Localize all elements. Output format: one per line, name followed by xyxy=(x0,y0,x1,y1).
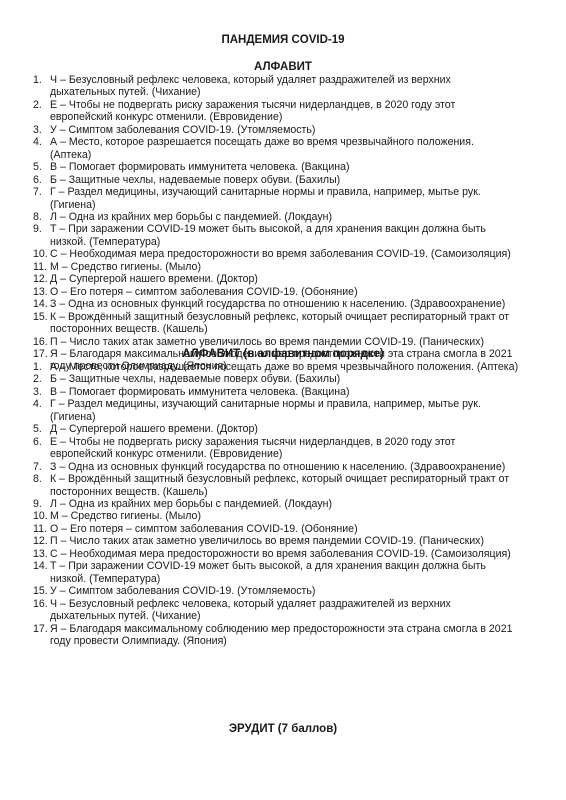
item-text-line: низкой. (Температура) xyxy=(50,236,536,248)
item-text-line: З – Одна из основных функций государства… xyxy=(50,298,536,310)
section-heading-alphabet-sorted: АЛФАВИТ (в алфавитном порядке) xyxy=(0,347,566,361)
list-item: 6.Б – Защитные чехлы, надеваемые поверх … xyxy=(0,174,566,186)
document-page: ПАНДЕМИЯ COVID-19 АЛФАВИТ 1.Ч – Безуслов… xyxy=(0,0,566,800)
item-text-line: Е – Чтобы не подвергать риску заражения … xyxy=(50,436,536,448)
list-item: 10.М – Средство гигиены. (Мыло) xyxy=(0,510,566,522)
section-heading-alphabet: АЛФАВИТ xyxy=(0,60,566,74)
list-item: 7.Г – Раздел медицины, изучающий санитар… xyxy=(0,186,566,211)
list-item: 5.В – Помогает формировать иммунитета че… xyxy=(0,161,566,173)
item-text-line: У – Симптом заболевания COVID-19. (Утомл… xyxy=(50,585,536,597)
list-item: 1.Ч – Безусловный рефлекс человека, кото… xyxy=(0,74,566,99)
item-text-line: Г – Раздел медицины, изучающий санитарны… xyxy=(50,398,536,410)
list-item: 11.О – Его потеря – симптом заболевания … xyxy=(0,523,566,535)
alphabet-sorted-list: 1.А – Место, которое разрешается посещат… xyxy=(0,361,566,647)
list-item: 2.Е – Чтобы не подвергать риску заражени… xyxy=(0,99,566,124)
item-number: 8. xyxy=(33,211,42,223)
item-number: 12. xyxy=(33,535,48,547)
item-text-line: Ч – Безусловный рефлекс человека, которы… xyxy=(50,74,536,86)
item-number: 2. xyxy=(33,373,42,385)
item-text-line: европейский конкурс отменили. (Евровиден… xyxy=(50,111,536,123)
item-number: 6. xyxy=(33,436,42,448)
list-item: 5.Д – Супергерой нашего времени. (Доктор… xyxy=(0,423,566,435)
item-text-line: дыхательных путей. (Чихание) xyxy=(50,86,536,98)
item-text-line: (Гигиена) xyxy=(50,411,536,423)
list-item: 11.М – Средство гигиены. (Мыло) xyxy=(0,261,566,273)
list-item: 3.В – Помогает формировать иммунитета че… xyxy=(0,386,566,398)
list-item: 9.Л – Одна из крайних мер борьбы с панде… xyxy=(0,498,566,510)
item-number: 13. xyxy=(33,548,48,560)
list-item: 13.С – Необходимая мера предосторожности… xyxy=(0,548,566,560)
item-number: 17. xyxy=(33,623,48,635)
item-number: 5. xyxy=(33,161,42,173)
item-text-line: (Гигиена) xyxy=(50,199,536,211)
item-text-line: дыхательных путей. (Чихание) xyxy=(50,610,536,622)
item-text-line: У – Симптом заболевания COVID-19. (Утомл… xyxy=(50,124,536,136)
item-number: 10. xyxy=(33,510,48,522)
item-number: 6. xyxy=(33,174,42,186)
list-item: 1.А – Место, которое разрешается посещат… xyxy=(0,361,566,373)
list-item: 13.О – Его потеря – симптом заболевания … xyxy=(0,286,566,298)
item-number: 9. xyxy=(33,223,42,235)
alphabet-list: 1.Ч – Безусловный рефлекс человека, кото… xyxy=(0,74,566,373)
list-item: 12.П – Число таких атак заметно увеличил… xyxy=(0,535,566,547)
item-text-line: К – Врождённый защитный безусловный рефл… xyxy=(50,473,536,485)
list-item: 2.Б – Защитные чехлы, надеваемые поверх … xyxy=(0,373,566,385)
item-text-line: Б – Защитные чехлы, надеваемые поверх об… xyxy=(50,373,536,385)
item-text-line: О – Его потеря – симптом заболевания COV… xyxy=(50,523,536,535)
item-text-line: Б – Защитные чехлы, надеваемые поверх об… xyxy=(50,174,536,186)
item-number: 2. xyxy=(33,99,42,111)
item-text-line: году провести Олимпиаду. (Япония) xyxy=(50,635,536,647)
item-number: 3. xyxy=(33,386,42,398)
list-item: 3.У – Симптом заболевания COVID-19. (Уто… xyxy=(0,124,566,136)
item-text-line: Е – Чтобы не подвергать риску заражения … xyxy=(50,99,536,111)
item-number: 7. xyxy=(33,461,42,473)
item-text-line: Т – При заражении COVID-19 может быть вы… xyxy=(50,560,536,572)
list-item: 14.З – Одна из основных функций государс… xyxy=(0,298,566,310)
item-number: 1. xyxy=(33,74,42,86)
item-number: 16. xyxy=(33,598,48,610)
item-text-line: В – Помогает формировать иммунитета чело… xyxy=(50,161,536,173)
item-number: 9. xyxy=(33,498,42,510)
list-item: 12.Д – Супергерой нашего времени. (Докто… xyxy=(0,273,566,285)
item-text-line: А – Место, которое разрешается посещать … xyxy=(50,136,536,148)
item-text-line: С – Необходимая мера предосторожности во… xyxy=(50,548,536,560)
item-text-line: европейский конкурс отменили. (Евровиден… xyxy=(50,448,536,460)
list-item: 17.Я – Благодаря максимальному соблюдени… xyxy=(0,623,566,648)
item-number: 14. xyxy=(33,298,48,310)
item-text-line: М – Средство гигиены. (Мыло) xyxy=(50,261,536,273)
item-text-line: З – Одна из основных функций государства… xyxy=(50,461,536,473)
item-text-line: Я – Благодаря максимальному соблюдению м… xyxy=(50,623,536,635)
item-number: 8. xyxy=(33,473,42,485)
item-number: 10. xyxy=(33,248,48,260)
list-item: 16.Ч – Безусловный рефлекс человека, кот… xyxy=(0,598,566,623)
list-item: 15.У – Симптом заболевания COVID-19. (Ут… xyxy=(0,585,566,597)
item-number: 5. xyxy=(33,423,42,435)
item-text-line: Л – Одна из крайних мер борьбы с пандеми… xyxy=(50,498,536,510)
item-text-line: посторонних веществ. (Кашель) xyxy=(50,323,536,335)
list-item: 4.А – Место, которое разрешается посещат… xyxy=(0,136,566,161)
item-text-line: Ч – Безусловный рефлекс человека, которы… xyxy=(50,598,536,610)
item-text-line: Д – Супергерой нашего времени. (Доктор) xyxy=(50,273,536,285)
item-text-line: А – Место, которое разрешается посещать … xyxy=(50,361,536,373)
item-text-line: К – Врождённый защитный безусловный рефл… xyxy=(50,311,536,323)
item-number: 4. xyxy=(33,136,42,148)
item-number: 13. xyxy=(33,286,48,298)
item-number: 4. xyxy=(33,398,42,410)
list-item: 9.Т – При заражении COVID-19 может быть … xyxy=(0,223,566,248)
item-text-line: П – Число таких атак заметно увеличилось… xyxy=(50,535,536,547)
item-number: 7. xyxy=(33,186,42,198)
list-item: 4.Г – Раздел медицины, изучающий санитар… xyxy=(0,398,566,423)
item-number: 14. xyxy=(33,560,48,572)
item-text-line: Т – При заражении COVID-19 может быть вы… xyxy=(50,223,536,235)
item-text-line: М – Средство гигиены. (Мыло) xyxy=(50,510,536,522)
item-number: 11. xyxy=(33,523,47,535)
item-text-line: низкой. (Температура) xyxy=(50,573,536,585)
list-item: 14.Т – При заражении COVID-19 может быть… xyxy=(0,560,566,585)
list-item: 15.К – Врождённый защитный безусловный р… xyxy=(0,311,566,336)
item-text-line: Д – Супергерой нашего времени. (Доктор) xyxy=(50,423,536,435)
item-text-line: (Аптека) xyxy=(50,149,536,161)
list-item: 7.З – Одна из основных функций государст… xyxy=(0,461,566,473)
list-item: 10.С – Необходимая мера предосторожности… xyxy=(0,248,566,260)
list-item: 6.Е – Чтобы не подвергать риску заражени… xyxy=(0,436,566,461)
document-title: ПАНДЕМИЯ COVID-19 xyxy=(0,33,566,47)
item-text-line: В – Помогает формировать иммунитета чело… xyxy=(50,386,536,398)
section-heading-erudite: ЭРУДИТ (7 баллов) xyxy=(0,722,566,736)
item-number: 11. xyxy=(33,261,47,273)
item-number: 3. xyxy=(33,124,42,136)
item-text-line: Л – Одна из крайних мер борьбы с пандеми… xyxy=(50,211,536,223)
item-number: 1. xyxy=(33,361,42,373)
list-item: 8.Л – Одна из крайних мер борьбы с панде… xyxy=(0,211,566,223)
item-text-line: О – Его потеря – симптом заболевания COV… xyxy=(50,286,536,298)
item-number: 15. xyxy=(33,311,48,323)
item-text-line: Г – Раздел медицины, изучающий санитарны… xyxy=(50,186,536,198)
list-item: 8.К – Врождённый защитный безусловный ре… xyxy=(0,473,566,498)
item-text-line: С – Необходимая мера предосторожности во… xyxy=(50,248,536,260)
item-number: 12. xyxy=(33,273,48,285)
item-text-line: посторонних веществ. (Кашель) xyxy=(50,486,536,498)
item-number: 15. xyxy=(33,585,48,597)
